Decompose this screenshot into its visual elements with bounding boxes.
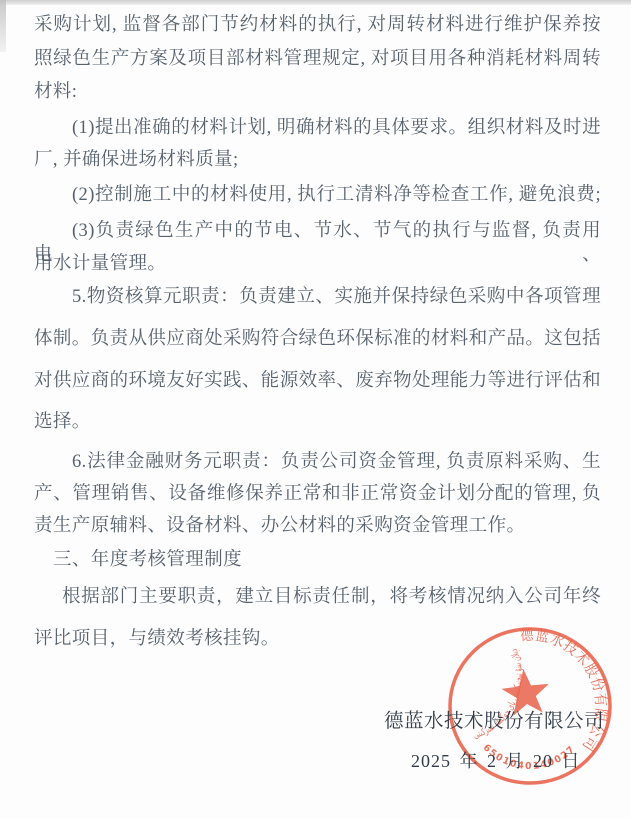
text-line: 根据部门主要职责，建立目标责任制，将考核情况纳入公司年终 xyxy=(34,585,601,609)
text-line: 选择。 xyxy=(34,410,601,434)
scanned-document-page: 采购计划, 监督各部门节约材料的执行, 对周转材料进行维护保养按 照绿色生产方案… xyxy=(0,0,631,819)
text-line: 产、管理销售、设备维修保养正常和非正常资金计划分配的管理, 负 xyxy=(34,482,601,506)
signature-date: 2025 年 2 月 20 日 xyxy=(411,747,581,773)
text-line: 采购计划, 监督各部门节约材料的执行, 对周转材料进行维护保养按 xyxy=(34,13,601,37)
text-line: 责生产原辅料、设备材料、办公材料的采购资金管理工作。 xyxy=(34,514,601,538)
text-line: (1)提出准确的材料计划, 明确材料的具体要求。组织材料及时进 xyxy=(34,116,601,140)
text-line: 体制。负责从供应商处采购符合绿色环保标准的材料和产品。这包括 xyxy=(34,327,601,351)
scan-edge-left xyxy=(0,0,6,52)
text-line: 5.物资核算元职责：负责建立、实施并保持绿色采购中各项管理 xyxy=(34,285,601,309)
text-line: 6.法律金融财务元职责：负责公司资金管理, 负责原料采购、生 xyxy=(34,450,601,474)
text-line: 对供应商的环境友好实践、能源效率、废弃物处理能力等进行评估和 xyxy=(34,369,601,393)
text-line: 照绿色生产方案及项目部材料管理规定, 对项目用各种消耗材料周转 xyxy=(34,47,601,71)
scan-edge-top xyxy=(0,0,631,5)
text-line: 厂, 并确保进场材料质量; xyxy=(34,148,601,172)
text-line: 材料: xyxy=(34,80,601,104)
text-line: 用水计量管理。 xyxy=(34,252,601,276)
signature-company: 德蓝水技术股份有限公司 xyxy=(384,705,604,733)
text-line: (2)控制施工中的材料使用, 执行工清料净等检查工作, 避免浪费; xyxy=(34,183,601,207)
section-heading: 三、年度考核管理制度 xyxy=(34,548,601,572)
